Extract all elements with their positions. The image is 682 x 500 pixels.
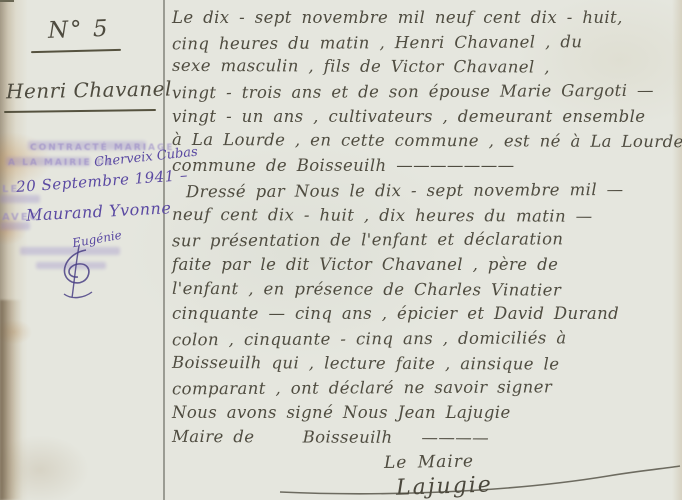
manuscript-line: sur présentation de l'enfant et déclarat…	[172, 227, 680, 254]
manuscript-line: vingt - trois ans et de son épouse Marie…	[172, 79, 680, 106]
manuscript-line: cinquante — cinq ans , épicier et David …	[172, 302, 680, 327]
ink-underline	[4, 109, 156, 113]
manuscript-line: comparant , ont déclaré ne savoir signer	[172, 375, 680, 402]
manuscript-line: l'enfant , en présence de Charles Vinati…	[172, 276, 680, 303]
manuscript-line: colon , cinquante - cinq ans , domicilié…	[172, 326, 680, 353]
ink-dash	[0, 0, 14, 2]
officer-paraph-signature	[52, 244, 104, 302]
manuscript-line: vingt - un ans , cultivateurs , demeuran…	[172, 105, 680, 130]
ink-underline	[31, 49, 121, 53]
act-text-body: Le dix - sept novembre mil neuf cent dix…	[172, 6, 680, 498]
scan-edge-shadow	[0, 300, 22, 500]
manuscript-line: commune de Boisseuilh ———————	[172, 154, 680, 179]
manuscript-line: à La Lourde , en cette commune , est né …	[172, 128, 680, 155]
stamp-smudge	[0, 222, 30, 230]
manuscript-line: Dressé par Nous le dix - sept novembre m…	[172, 177, 680, 204]
manuscript-line: neuf cent dix - huit , dix heures du mat…	[172, 202, 680, 229]
manuscript-line: Boisseuilh qui , lecture faite , ainsiqu…	[172, 351, 680, 378]
civil-register-scan: N° 5 Henri Chavanel CONTRACTÉ MARIAGE A …	[0, 0, 682, 500]
margin-rule	[163, 0, 165, 500]
manuscript-line: Nous avons signé Nous Jean Lajugie	[172, 401, 680, 426]
act-number: N° 5	[48, 14, 159, 44]
stamp-smudge	[0, 195, 40, 203]
manuscript-line: cinq heures du matin , Henri Chavanel , …	[172, 29, 680, 56]
manuscript-line: sexe masculin , fils de Victor Chavanel …	[172, 54, 680, 81]
signature-flourish	[278, 462, 682, 498]
manuscript-line: Le dix - sept novembre mil neuf cent dix…	[172, 6, 680, 31]
manuscript-line: Maire de Boisseuilh ————	[172, 425, 680, 452]
manuscript-line: faite par le dit Victor Chavanel , père …	[172, 253, 680, 278]
annotation-spouse-name: Maurand Yvonne	[26, 198, 172, 225]
margin-child-name: Henri Chavanel	[6, 77, 164, 104]
